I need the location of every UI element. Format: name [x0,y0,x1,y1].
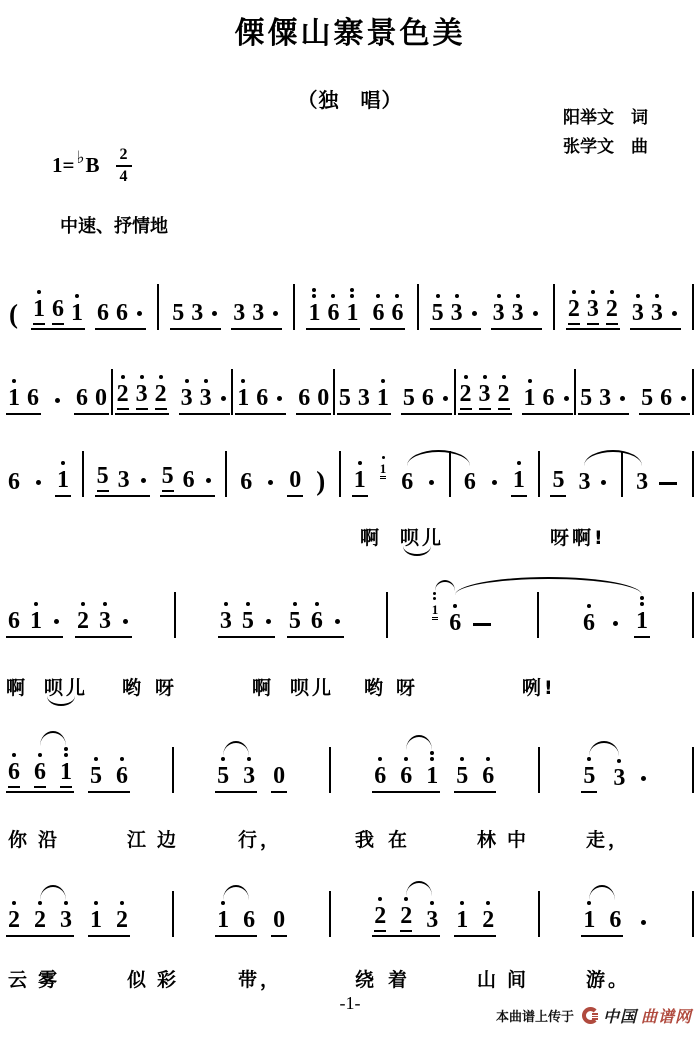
close-paren: ) [316,468,325,495]
augmentation-dot [123,619,128,624]
octave-dot [502,375,506,379]
note-digit: 5 [162,464,174,492]
note-digit: 1 [432,603,439,620]
note: 3 [358,383,370,410]
measure: 5333 [170,298,282,330]
note: 5 [403,383,415,410]
lyricist-credit: 阳举文 词 [563,104,648,133]
note-digit: 1 [346,301,358,325]
octave-dot [378,897,382,901]
open-paren: ( [9,301,18,328]
note: 6 [8,606,20,633]
note-digit: 1 [513,468,525,492]
octave-dots [350,288,354,298]
note: 3 [243,757,255,788]
augmentation-dot [206,478,211,483]
measure: 22312 [372,897,496,937]
beam-group: 16 [215,901,257,937]
music-line: 166023233166053156232165356 [6,341,694,415]
octave-dots [497,294,501,298]
note: 2 [8,901,20,932]
grace-note: 1 [380,456,387,479]
note-digit: 1 [354,468,366,492]
beam-group: 0 [271,905,287,937]
octave-dot [430,751,434,755]
note: 3 [451,294,463,325]
measure: 530 [215,757,287,793]
note: 6 [583,604,595,635]
lyric-segment: 似 [127,965,149,992]
beam-group: 161 [306,288,360,330]
measure: (16166 [6,290,146,330]
barline [172,891,174,937]
note: 6 [183,465,195,492]
octave-dot [204,379,208,383]
octave-dots [430,751,434,761]
barline [692,891,694,937]
time-signature: 2 4 [116,146,132,185]
beam-group: 53 [578,383,629,415]
time-unit: 4 [120,167,128,186]
slur-arc [40,731,66,746]
note: 6 [243,905,255,932]
note: 3 [220,602,232,633]
note-digit: 5 [242,609,254,633]
song-title: 傈僳山寨景色美 [0,8,700,52]
octave-dots [75,294,79,298]
beam-group: 0 [287,465,303,497]
measure: 5356 [578,383,690,415]
measure: 1660 [6,379,109,415]
note: 3 [136,375,148,410]
note: 6 [8,753,20,788]
note: 6 [116,757,128,788]
note-digit: 3 [493,301,505,325]
barline [692,369,694,415]
note-digit: 2 [498,382,510,410]
barline [329,891,331,937]
octave-dots [37,290,41,294]
note-digit: 6 [34,760,46,788]
slur-arc [435,580,455,591]
lyric-segment: 呀 [396,673,418,700]
lyric-segment: 呀 [155,673,177,700]
octave-dot [483,375,487,379]
beam-group: 53 [170,298,221,330]
note: 0 [317,383,329,410]
octave-dot [455,294,459,298]
lyric-tie [403,546,431,556]
augmentation-dot [268,480,273,485]
octave-dots [453,604,457,608]
barline [231,369,233,415]
beam-group: 223 [372,897,440,937]
lyric-segment: 绕 [355,965,377,992]
note-digit: 2 [117,382,129,410]
octave-dots [486,757,490,761]
slur-arc [406,881,432,896]
lyric-segment: 啊 [6,673,28,700]
octave-dots [528,379,532,383]
augmentation-dot [55,398,60,403]
octave-dot [497,294,501,298]
note-digit: 6 [243,908,255,932]
note: 6 [298,383,310,410]
lyric-segment: 咧! [522,673,556,700]
octave-dots [293,602,297,606]
barline [111,369,113,415]
beam-group: 33 [231,298,282,330]
beam-group: 56 [639,383,690,415]
note: 6 [400,757,412,788]
octave-dot [636,294,640,298]
note-digit: 6 [422,386,434,410]
octave-dot [94,901,98,905]
note: 0 [95,383,107,410]
note: 1 [456,901,468,932]
octave-dot [75,294,79,298]
note: 6 [401,467,413,494]
octave-dot [486,757,490,761]
octave-dots [381,379,385,383]
lyric-segment: 啊 [360,523,382,550]
slur-arc [589,885,615,900]
note-digit: 3 [451,301,463,325]
octave-dot [331,294,335,298]
octave-dot [591,290,595,294]
note-digit: 5 [289,609,301,633]
beam-group: 0 [271,761,287,793]
note-digit: 0 [273,764,285,788]
barline [692,747,694,793]
lyric-segment: 哟 [364,673,386,700]
note-digit: 2 [155,382,167,410]
note-digit: 2 [482,908,494,932]
credits: 阳举文 词 张学文 曲 [563,104,648,162]
augmentation-dot [277,396,282,401]
note: 5 [339,383,351,410]
note: 3 [191,298,203,325]
note-digit: 6 [116,764,128,788]
octave-dots [247,757,251,761]
music-line: 661565306615653 [6,719,694,793]
barline [574,369,576,415]
note-digit: 0 [317,386,329,410]
augmentation-dot [672,311,677,316]
note: 3 [493,294,505,325]
barline [692,284,694,330]
note: 6 [256,383,268,410]
lyric-segment: 我 [355,825,377,852]
measure: 16166 [306,288,405,330]
beam-group: 56 [401,383,452,415]
music-line: 223121602231216 [6,863,694,937]
beam-group: 1 [352,461,368,497]
note-digit: 3 [200,386,212,410]
octave-dot [241,379,245,383]
octave-dot [640,596,644,600]
beam-group: 161 [31,290,85,330]
slur-arc [455,577,642,595]
beam-group: 16 [581,901,623,937]
note: 1 [30,602,42,633]
note-digit: 2 [8,908,20,932]
octave-dots [64,901,68,905]
beam-group: 16 [6,379,41,415]
note: 5 [432,294,444,325]
octave-dot [378,757,382,761]
note: 6 [27,383,39,410]
octave-dots [455,294,459,298]
augmentation-dot [266,619,271,624]
octave-dot [312,294,316,298]
note-digit: 6 [482,764,494,788]
note-digit: 3 [60,908,72,932]
note: 5 [97,461,109,492]
note: 6 [422,383,434,410]
measure: 5356 [95,461,215,497]
beam-group: 3 [611,759,650,793]
site-name-black: 中国 [603,1004,637,1027]
note-digit: 0 [95,386,107,410]
measure: 53156 [337,379,452,415]
beam-group [488,480,501,497]
octave-dot [315,602,319,606]
note-digit: 2 [606,297,618,325]
note-digit: 3 [613,766,625,790]
octave-dot [38,901,42,905]
octave-dot [159,375,163,379]
note-digit: 2 [568,297,580,325]
octave-dots [221,757,225,761]
lyrics-line: 啊呗儿哟呀啊呗儿哟呀咧! [0,673,700,705]
octave-dot [103,602,107,606]
octave-dot [64,753,68,757]
octave-dot [404,897,408,901]
note: 6 [116,298,128,325]
note: 1 [426,751,438,788]
note: 6 [8,467,20,494]
note-digit: 2 [34,908,46,932]
octave-dot [12,901,16,905]
note: 5 [552,465,564,492]
octave-dot [460,757,464,761]
note-digit: 1 [456,908,468,932]
note: 3 [651,294,663,325]
augmentation-dot [54,619,59,624]
lyric-segment: 啊 [252,673,274,700]
octave-dots [34,602,38,606]
beam-group: 6 [462,467,478,497]
octave-dot [38,753,42,757]
octave-dots [655,294,659,298]
octave-dots [315,602,319,606]
octave-dots [221,901,225,905]
note: 3 [426,901,438,932]
beam-group: 16 [235,379,286,415]
note-digit: 2 [116,908,128,932]
octave-dots [378,757,382,761]
lyrics-line: 啊呗儿呀啊! [0,523,700,555]
note-digit: 1 [8,386,20,410]
octave-dots [395,294,399,298]
octave-dots [587,604,591,608]
octave-dot [224,602,228,606]
measure: 66156 [372,751,496,793]
octave-dot [436,294,440,298]
duration-dash [659,482,677,485]
note-digit: 2 [400,904,412,932]
octave-dots [121,375,125,379]
beam-group: 6 [399,467,415,497]
note: 1 [8,379,20,410]
octave-dot [610,290,614,294]
octave-dots [224,602,228,606]
note-digit: 1 [237,386,249,410]
note-digit: 6 [97,301,109,325]
measure: 23233 [115,375,230,415]
measure: 3 [634,467,681,497]
note: 3 [636,467,648,494]
barline [329,747,331,793]
beam-group [264,480,277,497]
barline [157,284,159,330]
measure: 60) [238,465,328,497]
note-digit: 5 [217,764,229,788]
augmentation-dot [613,621,618,626]
key-equals: = [63,153,75,178]
note-digit: 3 [651,301,663,325]
note-digit: 5 [583,764,595,788]
note: 3 [252,298,264,325]
measure: 53 [581,757,650,793]
note-digit: 6 [391,301,403,325]
octave-dot [433,597,436,600]
note: 6 [374,757,386,788]
octave-dots [204,379,208,383]
octave-dots [61,461,65,465]
note: 6 [482,757,494,788]
composer-credit: 张学文 曲 [563,133,648,162]
octave-dots [120,757,124,761]
note: 1 [90,901,102,932]
octave-dots [433,592,436,600]
lyric-segment: 雾 [38,965,60,992]
note-digit: 3 [578,470,590,494]
octave-dot [37,290,41,294]
note-digit: 6 [583,611,595,635]
note-digit: 5 [580,386,592,410]
augmentation-dot [641,776,646,781]
note-digit: 1 [524,386,536,410]
measure: 6123 [6,602,132,638]
octave-dot [433,592,436,595]
octave-dot [587,604,591,608]
note: 1 [60,747,72,788]
barline [225,451,227,497]
note-digit: 3 [220,609,232,633]
octave-dots [120,901,124,905]
note: 1 [377,379,389,410]
beam-group: 232 [115,375,169,415]
note: 5 [580,383,592,410]
lyric-segment: 林 [477,825,499,852]
slur-arc [407,450,470,466]
note-digit: 5 [641,386,653,410]
octave-dots [404,897,408,901]
beam-group: 16 [522,379,573,415]
note-digit: 6 [27,386,39,410]
duration-dash [473,623,491,626]
octave-dots [38,901,42,905]
barline [553,284,555,330]
octave-dot [528,379,532,383]
octave-dot [486,901,490,905]
note-digit: 1 [60,760,72,788]
note-digit: 2 [374,904,386,932]
upload-note: 本曲谱上传于 [496,1006,574,1025]
note: 5 [217,757,229,788]
beam-group: 12 [454,901,496,937]
beam-group: 60 [74,383,109,415]
measure: 23216 [458,375,573,415]
octave-dot [140,375,144,379]
note: 1 [237,379,249,410]
octave-dot [120,901,124,905]
octave-dot [381,379,385,383]
note: 6 [76,383,88,410]
octave-dot [64,901,68,905]
note: 1 [57,461,69,492]
octave-dots [572,290,576,294]
note: 6 [609,905,621,932]
note-digit: 5 [552,468,564,492]
octave-dots [382,456,385,459]
octave-dots [464,375,468,379]
note-digit: 6 [76,386,88,410]
barline [333,369,335,415]
note: 5 [641,383,653,410]
octave-dot [617,759,621,763]
measure: 3556 [218,602,344,638]
beam-group: 61 [6,602,63,638]
note: 2 [34,901,46,932]
octave-dot [430,901,434,905]
note: 2 [400,897,412,932]
beam-group: 232 [458,375,512,415]
note: 5 [289,602,301,633]
beam-group: 232 [566,290,620,330]
note-digit: 3 [252,301,264,325]
note: 5 [456,757,468,788]
octave-dots [430,901,434,905]
note-digit: 0 [273,908,285,932]
octave-dots [140,375,144,379]
octave-dots [436,294,440,298]
lyric-segment: 江 [127,825,149,852]
note-digit: 3 [632,301,644,325]
note-digit: 1 [377,386,389,410]
lyric-segment: 呗儿 [44,673,88,700]
note-digit: 3 [181,386,193,410]
note: 2 [460,375,472,410]
slur-arc [406,735,432,750]
note-digit: 1 [90,908,102,932]
note-digit: 1 [583,908,595,932]
note-digit: 5 [339,386,351,410]
beam-group: 56 [454,757,496,793]
octave-dots [591,290,595,294]
